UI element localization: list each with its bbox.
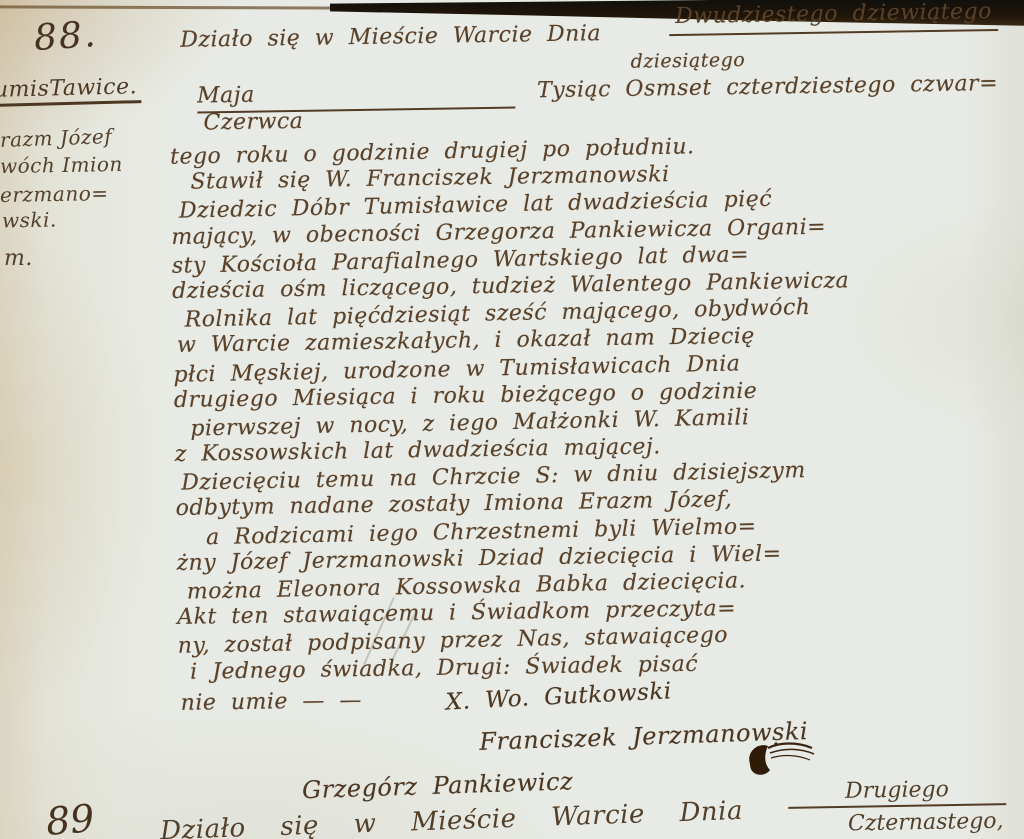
scanned-register-page: 88. umisTawice. razm Józef wóch Imion er… <box>0 0 1024 839</box>
month-name: Maja <box>197 83 255 109</box>
margin-note-line: erzmano= <box>0 181 109 207</box>
date-intro-text: Działo się w Mieście Warcie Dnia <box>180 21 601 53</box>
month-name-underlined: Maja <box>197 77 515 114</box>
next-record-number: 89 <box>44 796 96 839</box>
page-edge-hairline <box>0 5 352 9</box>
day-number-underlined: Dwudziestego dziewiątego <box>669 0 998 36</box>
next-record-alternate-day: Czternastego, <box>848 809 1004 837</box>
record-text-rows: tego roku o godzinie drugiej po południu… <box>170 129 1014 686</box>
margin-note-line: m. <box>4 246 33 271</box>
margin-place-name: umisTawice. <box>0 74 141 107</box>
closing-text: nie umie — — <box>180 686 362 719</box>
record-number: 88. <box>33 14 99 59</box>
record-body: Działo się w Mieście Warcie Dnia Dwudzie… <box>168 11 1016 800</box>
margin-note-line: wski. <box>2 208 57 233</box>
priest-signature: X. Wo. Gutkowski <box>445 676 672 717</box>
next-record-opening-line: Działo się w Mieście Warcie Dnia <box>160 792 861 839</box>
margin-note-line: razm Józef <box>0 124 113 152</box>
margin-note-line: wóch Imion <box>0 152 123 178</box>
next-record-day-underlined: Drugiego <box>788 776 1006 809</box>
signature-father: Franciszek Jerzmanowski <box>479 710 1016 756</box>
